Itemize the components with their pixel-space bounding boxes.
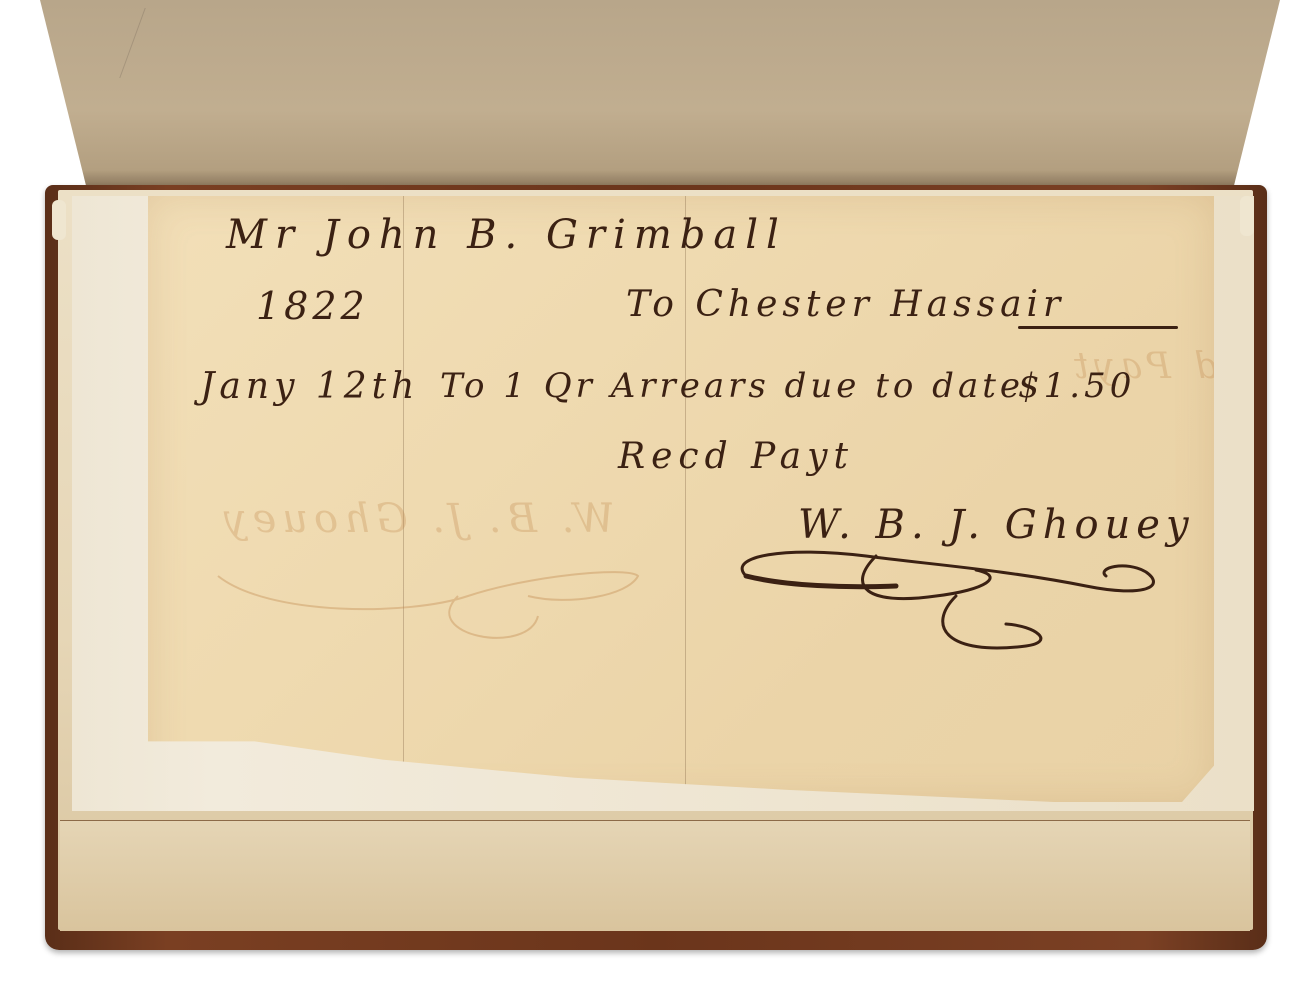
frayed-binding-right <box>1240 196 1254 236</box>
frayed-binding-left <box>52 200 66 240</box>
upper-book-page <box>40 0 1280 200</box>
photo-stage: W. B. J. Ghouey Recd Payt Mr John B. Gri… <box>0 0 1307 1000</box>
payee-line: To Chester Hassair <box>626 284 1065 325</box>
signature-flourish <box>726 546 1176 656</box>
year-line: 1822 <box>256 284 369 328</box>
pencil-mark <box>119 8 195 78</box>
addressee-line: Mr John B. Grimball <box>226 212 787 258</box>
bleed-through-flourish <box>208 536 648 646</box>
entry-description: To 1 Qr Arrears due to date <box>440 366 1024 406</box>
signature: W. B. J. Ghouey <box>798 502 1195 548</box>
lower-endpaper-band <box>60 820 1250 931</box>
receipt-paper: W. B. J. Ghouey Recd Payt Mr John B. Gri… <box>148 196 1214 802</box>
received-payment-line: Recd Payt <box>618 436 854 477</box>
entry-date: Jany 12th <box>200 366 419 407</box>
payee-underline <box>1018 326 1178 329</box>
entry-amount: $1.50 <box>1018 366 1135 406</box>
